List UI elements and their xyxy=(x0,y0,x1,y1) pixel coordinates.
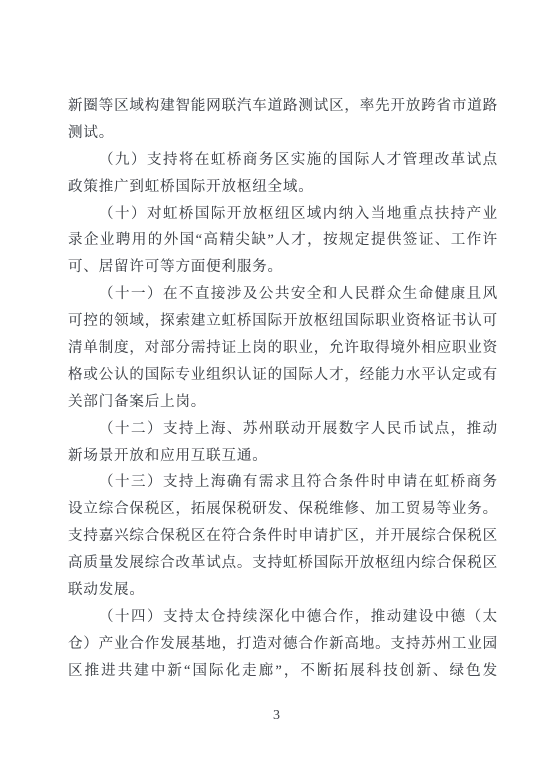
text-line: 关部门备案后上岗。 xyxy=(68,389,498,416)
text-line: （十三）支持上海确有需求且符合条件时申请在虹桥商务区 xyxy=(68,469,498,496)
text-line: （十一）在不直接涉及公共安全和人民群众生命健康且风险 xyxy=(68,281,498,308)
text-line: 设立综合保税区，拓展保税研发、保税维修、加工贸易等业务。 xyxy=(68,496,498,523)
text-line: 测试。 xyxy=(68,120,498,147)
text-line: 高质量发展综合改革试点。支持虹桥国际开放枢纽内综合保税区 xyxy=(68,550,498,577)
paragraph-item-12: （十二）支持上海、苏州联动开展数字人民币试点，推动创 新场景开放和应用互联互通。 xyxy=(68,416,498,470)
page-number: 3 xyxy=(0,708,553,724)
text-line: 支持嘉兴综合保税区在符合条件时申请扩区，并开展综合保税区 xyxy=(68,523,498,550)
text-line: （十二）支持上海、苏州联动开展数字人民币试点，推动创 xyxy=(68,416,498,443)
text-line: 可、居留许可等方面便利服务。 xyxy=(68,254,498,281)
text-line: 格或公认的国际专业组织认证的国际人才，经能力水平认定或有 xyxy=(68,362,498,389)
document-page: 新圈等区域构建智能网联汽车道路测试区，率先开放跨省市道路 测试。 （九）支持将在… xyxy=(0,0,553,783)
text-line: 录企业聘用的外国“高精尖缺”人才，按规定提供签证、工作许 xyxy=(68,227,498,254)
text-line: 新圈等区域构建智能网联汽车道路测试区，率先开放跨省市道路 xyxy=(68,93,498,120)
text-line: 可控的领域，探索建立虹桥国际开放枢纽国际职业资格证书认可 xyxy=(68,308,498,335)
text-line: 新场景开放和应用互联互通。 xyxy=(68,443,498,470)
paragraph-item-10: （十）对虹桥国际开放枢纽区域内纳入当地重点扶持产业目 录企业聘用的外国“高精尖缺… xyxy=(68,201,498,282)
text-line: （九）支持将在虹桥商务区实施的国际人才管理改革试点等 xyxy=(68,147,498,174)
text-line: 区推进共建中新“国际化走廊”，不断拓展科技创新、绿色发 xyxy=(68,658,498,685)
paragraph-item-13: （十三）支持上海确有需求且符合条件时申请在虹桥商务区 设立综合保税区，拓展保税研… xyxy=(68,469,498,603)
text-line: 联动发展。 xyxy=(68,577,498,604)
paragraph-item-11: （十一）在不直接涉及公共安全和人民群众生命健康且风险 可控的领域，探索建立虹桥国… xyxy=(68,281,498,415)
body-text: 新圈等区域构建智能网联汽车道路测试区，率先开放跨省市道路 测试。 （九）支持将在… xyxy=(68,93,498,685)
text-line: 仓）产业合作发展基地，打造对德合作新高地。支持苏州工业园 xyxy=(68,631,498,658)
paragraph-item-9: （九）支持将在虹桥商务区实施的国际人才管理改革试点等 政策推广到虹桥国际开放枢纽… xyxy=(68,147,498,201)
text-line: 政策推广到虹桥国际开放枢纽全域。 xyxy=(68,174,498,201)
text-line: 清单制度，对部分需持证上岗的职业，允许取得境外相应职业资 xyxy=(68,335,498,362)
paragraph-continuation: 新圈等区域构建智能网联汽车道路测试区，率先开放跨省市道路 测试。 xyxy=(68,93,498,147)
paragraph-item-14: （十四）支持太仓持续深化中德合作，推动建设中德（太 仓）产业合作发展基地，打造对… xyxy=(68,604,498,685)
text-line: （十四）支持太仓持续深化中德合作，推动建设中德（太 xyxy=(68,604,498,631)
text-line: （十）对虹桥国际开放枢纽区域内纳入当地重点扶持产业目 xyxy=(68,201,498,228)
